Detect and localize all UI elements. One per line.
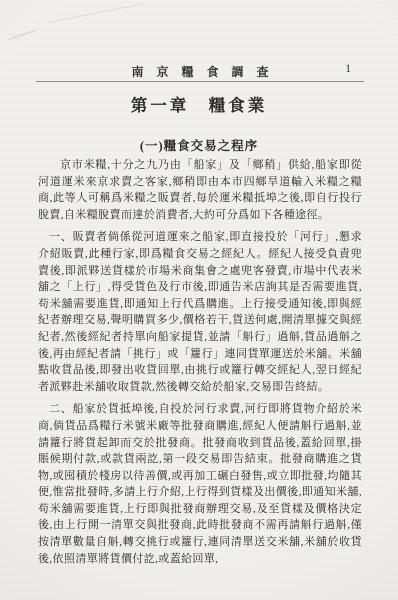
running-header: 南京糧食調查 1: [36, 63, 364, 79]
running-header-title: 南京糧食調查: [49, 63, 364, 80]
watermark-stroke: [7, 28, 40, 41]
section-heading: (一)糧食交易之程序: [0, 136, 398, 154]
page-number: 1: [345, 63, 351, 75]
body-text: 京市米糧,十分之九乃由「船家」及「鄉稍」供給,船家即從河道運米來京求賣之客家,鄉…: [38, 157, 362, 573]
chapter-title: 第一章 糧食業: [0, 92, 398, 116]
watermark-stroke: [48, 4, 142, 23]
paragraph-intro: 京市米糧,十分之九乃由「船家」及「鄉稍」供給,船家即從河道運米來京求賣之客家,鄉…: [38, 157, 362, 223]
paragraph-item-2: 二、船家於貨抵埠後,自投於河行求賣,河行即將貨物介紹於米商,倘貨品爲糧行米號米廠…: [38, 401, 362, 567]
header-rule: [36, 81, 364, 82]
paragraph-item-1: 一、販賣者倘係從河道運來之船家,即直接投於「河行」,懇求介紹販賣,此種行家,即爲…: [38, 229, 362, 395]
